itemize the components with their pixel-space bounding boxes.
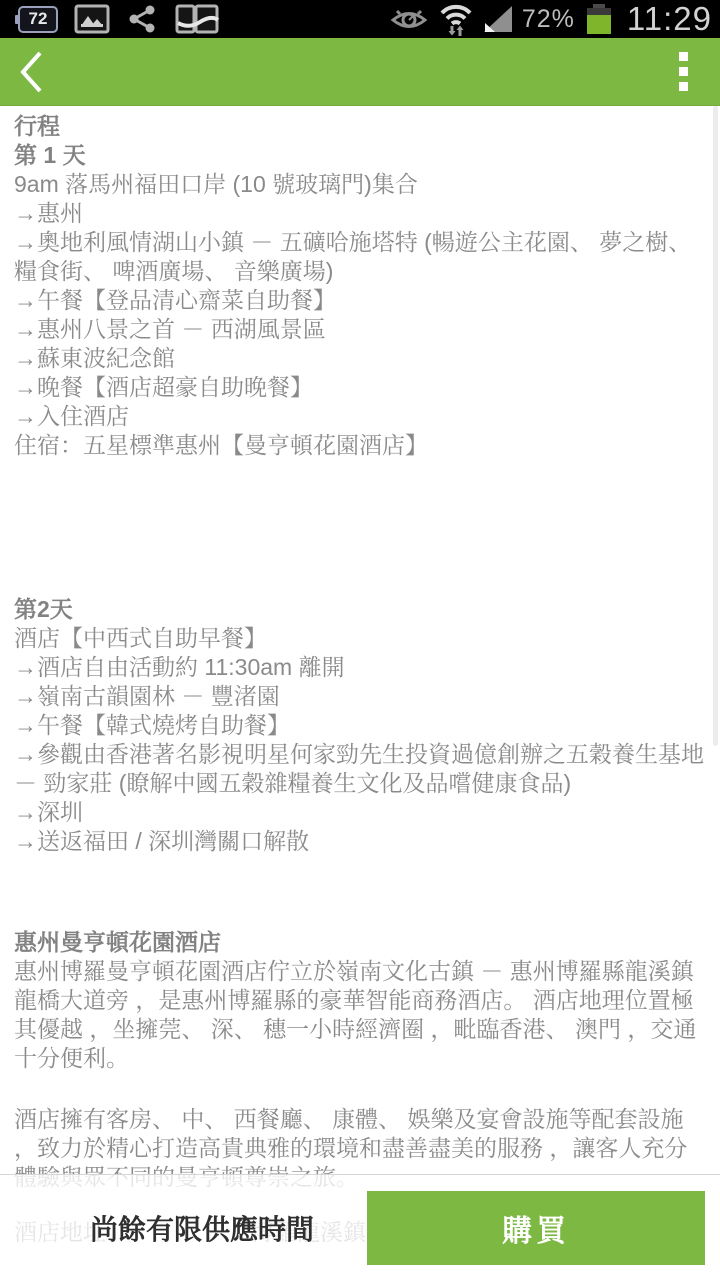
- day1-line: 住宿：五星標準惠州【曼亨頓花園酒店】: [14, 431, 706, 460]
- signal-strength-icon: [484, 6, 512, 32]
- day1-heading: 第 1 天: [14, 141, 706, 170]
- screenshot-icon: [174, 3, 220, 35]
- itinerary-content: 行程 第 1 天 9am 落馬州福田口岸 (10 號玻璃門)集合 →惠州 →奧地…: [0, 106, 720, 1247]
- scrollbar[interactable]: [713, 106, 718, 746]
- battery-level-notification-icon: 72: [18, 6, 58, 33]
- status-bar: 72: [0, 0, 720, 38]
- gallery-icon: [74, 4, 110, 34]
- buy-button[interactable]: 購買: [367, 1191, 705, 1265]
- day1-line: →惠州: [14, 199, 706, 228]
- day2-line: →午餐【韓式燒烤自助餐】: [14, 711, 706, 740]
- battery-icon: [587, 4, 611, 34]
- battery-percent-text: 72%: [522, 5, 575, 34]
- smart-stay-eye-icon: [390, 5, 428, 33]
- screen: 72: [0, 0, 720, 1280]
- hotel-paragraph: 惠州博羅曼亨頓花園酒店佇立於嶺南文化古鎮 － 惠州博羅縣龍溪鎮龍橋大道旁 ，是惠…: [14, 957, 706, 1073]
- day1-line: →惠州八景之首 － 西湖風景區: [14, 315, 706, 344]
- availability-notice: 尚餘有限供應時間: [90, 1208, 314, 1248]
- day2-line: →送返福田 / 深圳灣關口解散: [14, 827, 706, 856]
- status-bar-notification-icons: 72: [18, 3, 220, 35]
- battery-badge-value: 72: [29, 9, 48, 29]
- day2-line: →深圳: [14, 798, 706, 827]
- day1-line: →奧地利風情湖山小鎮 － 五礦哈施塔特 (暢遊公主花園、 夢之樹、 糧食街、 啤…: [14, 228, 706, 286]
- overflow-menu-icon: [679, 52, 688, 91]
- day1-line: →入住酒店: [14, 402, 706, 431]
- day1-line: →午餐【登品清心齋菜自助餐】: [14, 286, 706, 315]
- share-icon: [126, 3, 158, 35]
- day1-line: →蘇東波紀念館: [14, 344, 706, 373]
- day2-line: →參觀由香港著名影視明星何家勁先生投資過億創辦之五穀養生基地 － 勁家莊 (瞭解…: [14, 740, 706, 798]
- section-title: 行程: [14, 112, 706, 141]
- status-bar-system-icons: 72% 11:29: [390, 0, 712, 38]
- purchase-bar: 尚餘有限供應時間 購買: [0, 1174, 720, 1280]
- day2-line: 酒店【中西式自助早餐】: [14, 624, 706, 653]
- back-chevron-icon: [16, 49, 46, 95]
- day1-line: 9am 落馬州福田口岸 (10 號玻璃門)集合: [14, 170, 706, 199]
- clock-text: 11:29: [627, 0, 712, 38]
- hotel-heading: 惠州曼亨頓花園酒店: [14, 928, 706, 957]
- day2-line: →嶺南古韻園林 － 豐渚園: [14, 682, 706, 711]
- wifi-updown-icon: [438, 1, 474, 37]
- app-bar: [0, 38, 720, 106]
- day1-line: →晚餐【酒店超豪自助晚餐】: [14, 373, 706, 402]
- overflow-menu-button[interactable]: [679, 52, 704, 91]
- day2-line: →酒店自由活動約 11:30am 離開: [14, 653, 706, 682]
- day2-section: 第2天 酒店【中西式自助早餐】 →酒店自由活動約 11:30am 離開 →嶺南古…: [14, 595, 706, 856]
- day2-heading: 第2天: [14, 595, 706, 624]
- back-button[interactable]: [16, 49, 46, 95]
